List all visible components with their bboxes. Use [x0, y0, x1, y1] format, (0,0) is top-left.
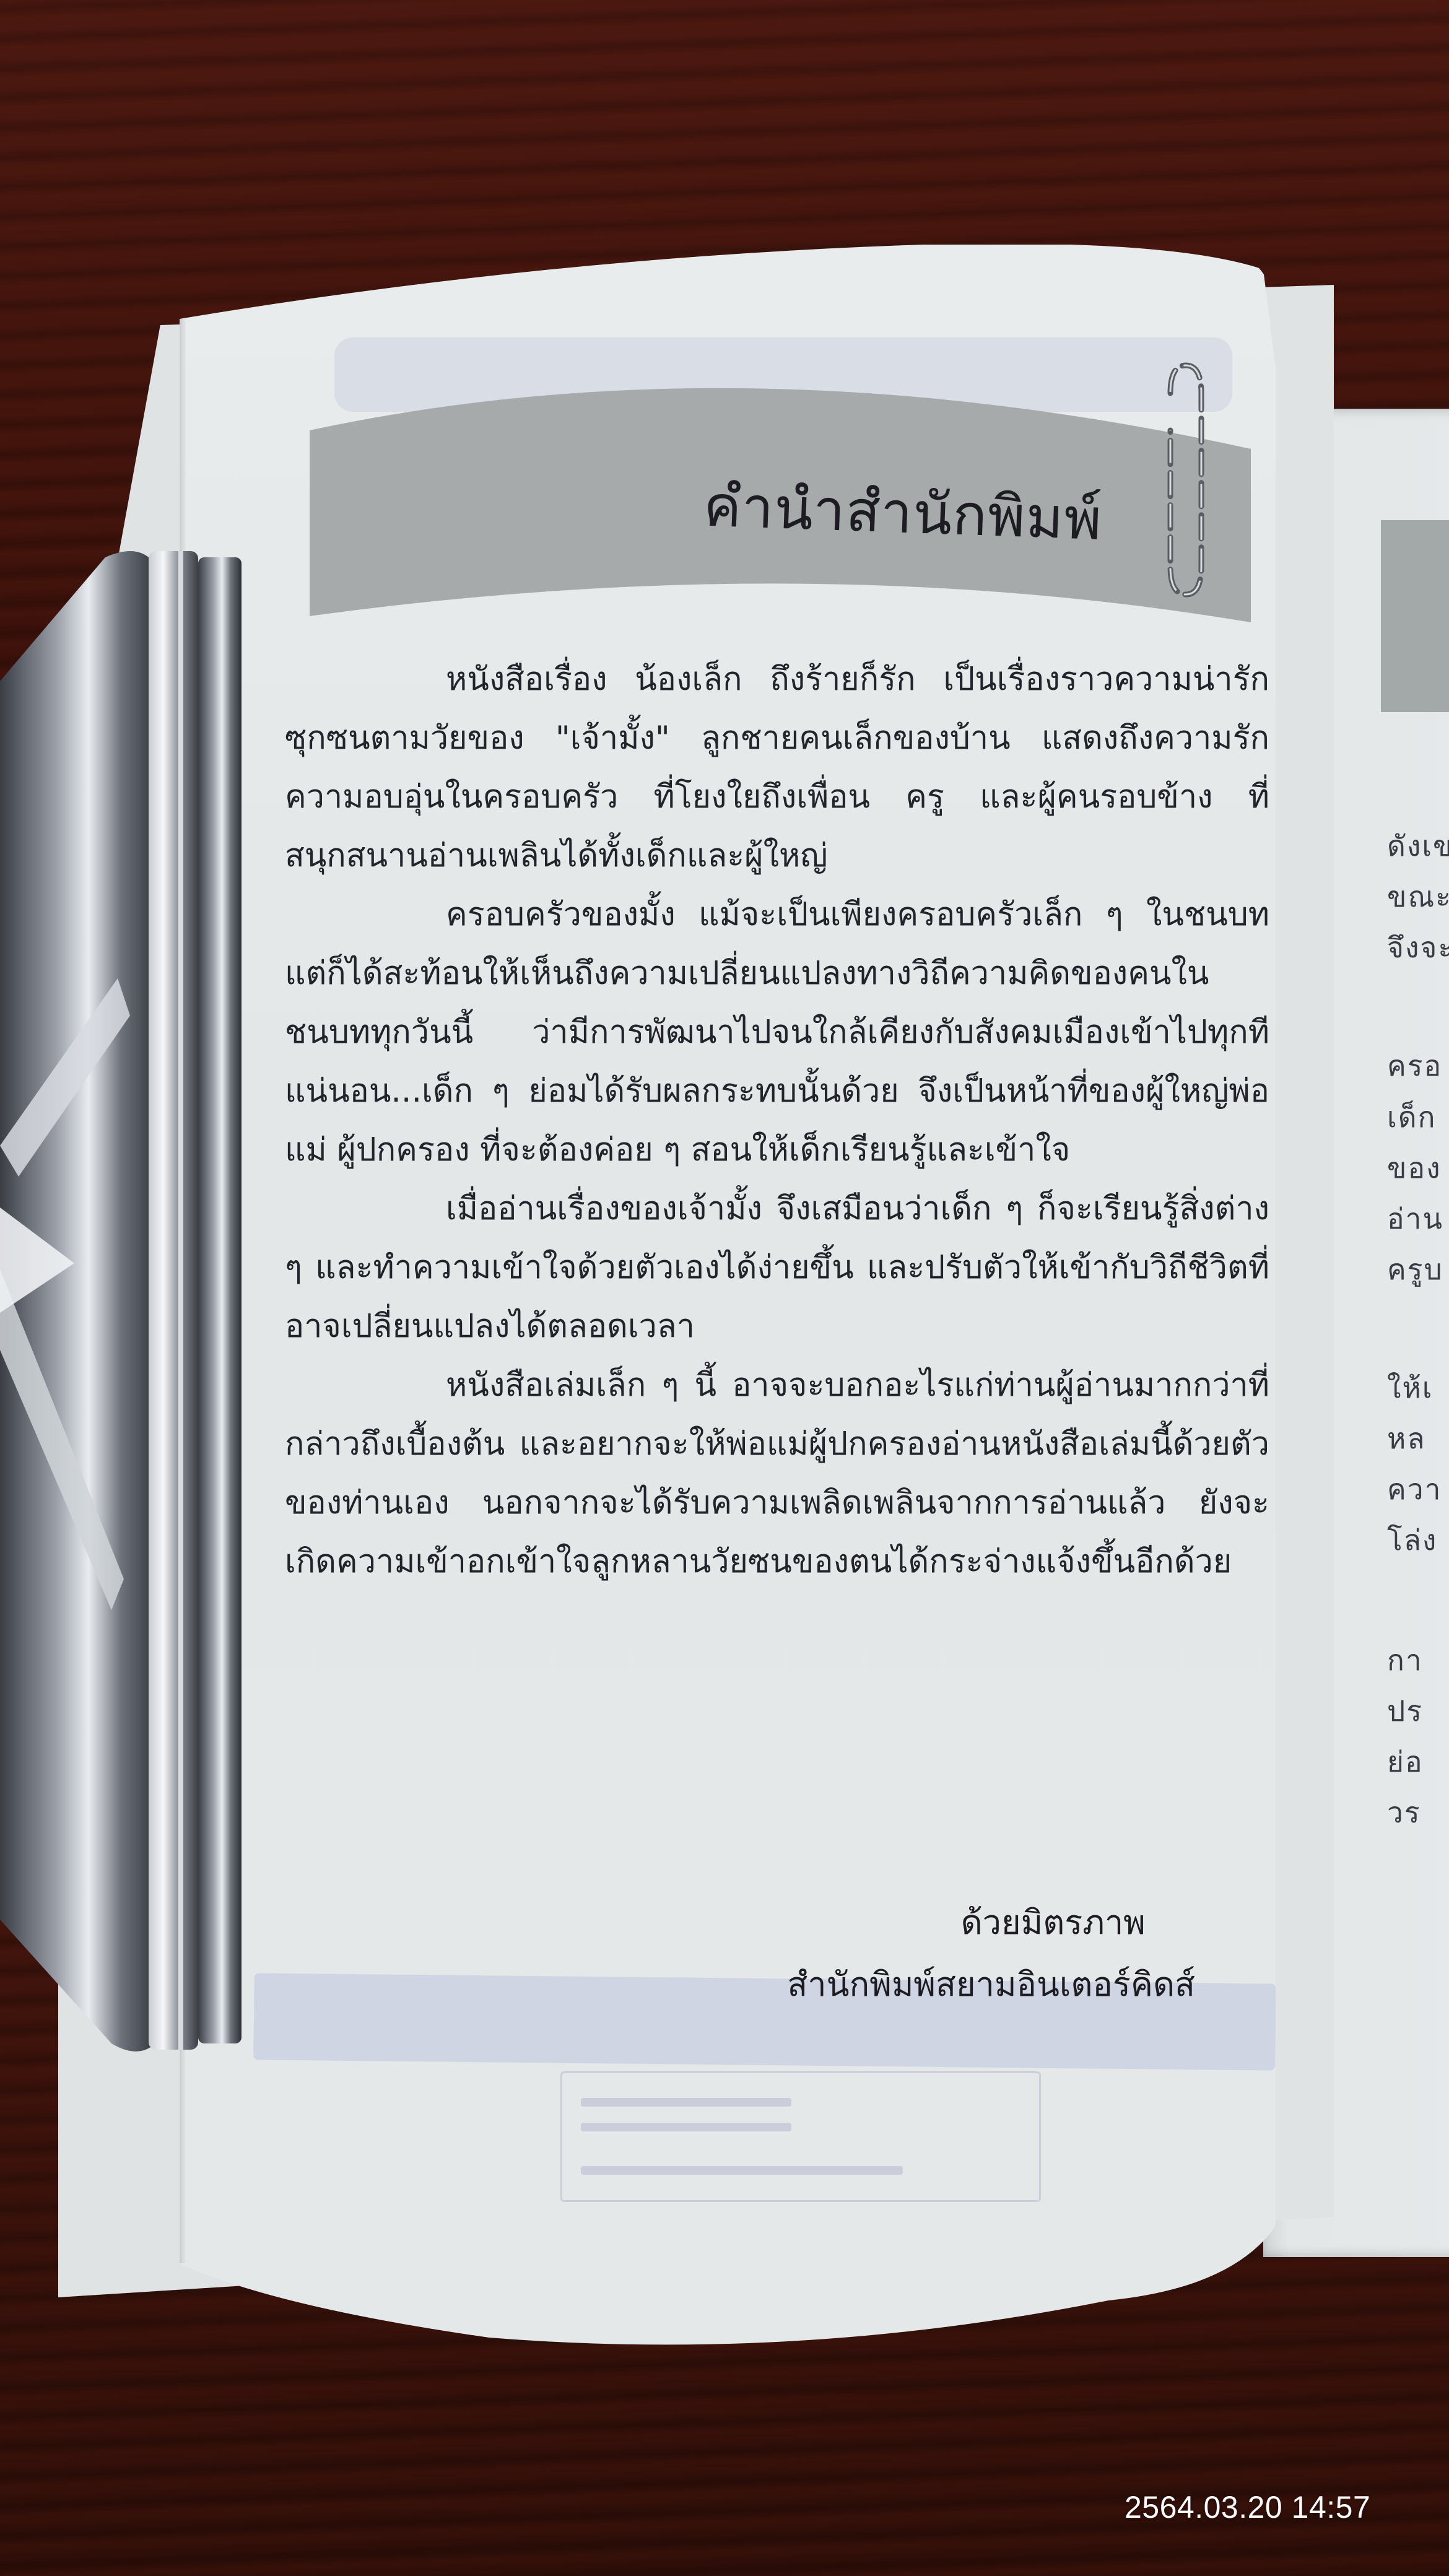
right-page-fragment: หล: [1387, 1416, 1426, 1461]
right-page-fragment: ปร: [1387, 1689, 1423, 1734]
right-page-fragment: เด็ก: [1387, 1095, 1436, 1140]
publisher-name: สำนักพิมพ์สยามอินเตอร์คิดส์: [787, 1954, 1195, 2016]
right-page-fragment: ย่อ: [1387, 1739, 1424, 1785]
right-page-fragment: วร: [1387, 1790, 1421, 1835]
right-page-fragment: ควา: [1387, 1467, 1442, 1512]
paragraph: เมื่ออ่านเรื่องของเจ้ามั้ง จึงเสมือนว่าเ…: [285, 1180, 1269, 1356]
right-page-fragment: จึงจะ: [1387, 925, 1449, 970]
sign-off: ด้วยมิตรภาพ: [787, 1892, 1195, 1954]
closing-signature: ด้วยมิตรภาพ สำนักพิมพ์สยามอินเตอร์คิดส์: [787, 1892, 1195, 2016]
paragraph: หนังสือเล่มเล็ก ๆ นี้ อาจจะบอกอะไรแก่ท่า…: [285, 1356, 1269, 1591]
right-page-fragment: โล่ง: [1387, 1518, 1437, 1563]
right-page-fragment: ครูบ: [1387, 1247, 1443, 1292]
right-page-header-bar: [1381, 520, 1449, 712]
right-page-fragment: ของ: [1387, 1146, 1442, 1191]
right-page-fragment: ขณะ: [1387, 874, 1449, 920]
bleed-through-line: [581, 2166, 903, 2175]
right-page-fragment: อ่าน: [1387, 1196, 1443, 1242]
page-gutter-edge: [180, 319, 186, 2263]
photo-timestamp: 2564.03.20 14:57: [1125, 2489, 1370, 2525]
right-page-fragment: ดังเข: [1387, 824, 1449, 869]
right-page-fragment: ครอ: [1387, 1043, 1442, 1089]
bleed-through-box: [560, 2071, 1041, 2202]
bleed-through-line: [581, 2123, 791, 2131]
left-page: คำนำสำนักพิมพ์ หนังสือเรื่อง น้องเล็ก ถึ…: [180, 245, 1276, 2350]
right-page-fragment: ให้เ: [1387, 1365, 1434, 1411]
bleed-through-line: [581, 2098, 791, 2107]
paragraph: หนังสือเรื่อง น้องเล็ก ถึงร้ายก็รัก เป็น…: [285, 650, 1269, 885]
paperclip-icon: [1158, 356, 1214, 604]
paragraph: ครอบครัวของมั้ง แม้จะเป็นเพียงครอบครัวเล…: [285, 885, 1269, 1180]
preface-body: หนังสือเรื่อง น้องเล็ก ถึงร้ายก็รัก เป็น…: [285, 650, 1269, 1591]
right-page-fragment: กา: [1387, 1638, 1423, 1683]
